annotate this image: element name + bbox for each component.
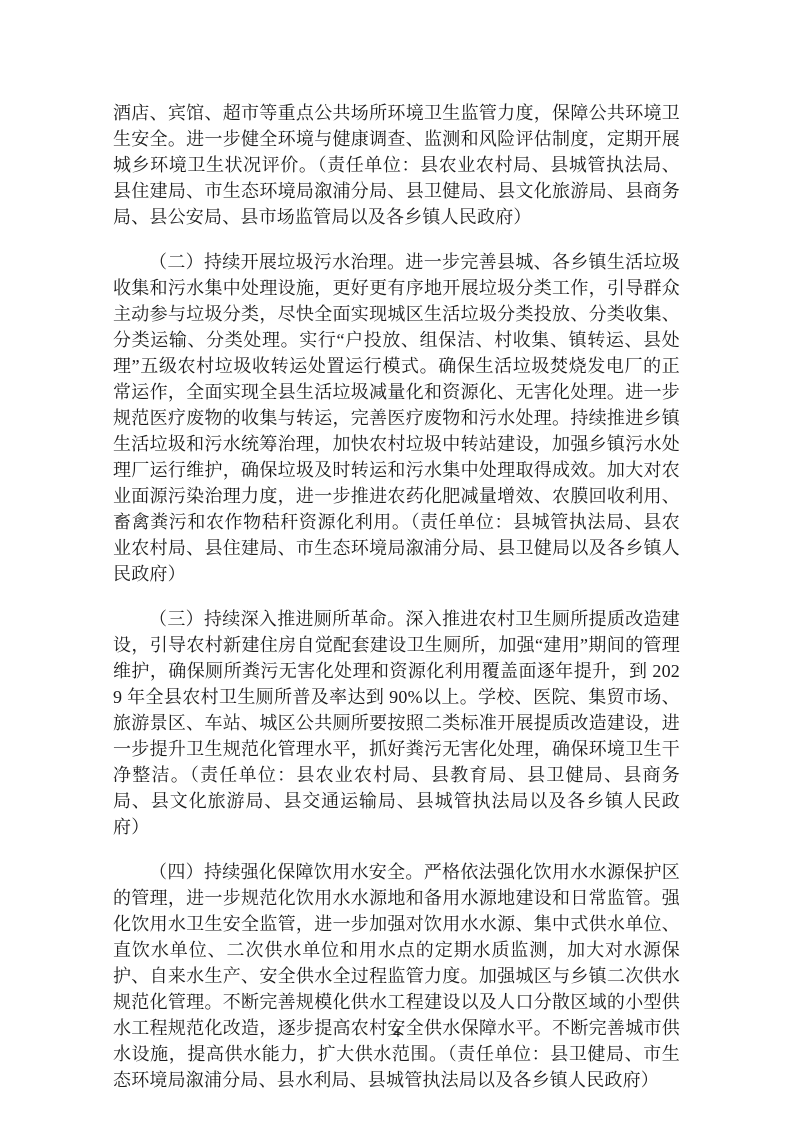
document-body: 酒店、宾馆、超市等重点公共场所环境卫生监管力度，保障公共环境卫生安全。进一步健全… — [113, 100, 680, 1093]
page-number: 4 — [0, 1025, 793, 1043]
paragraph-continuation: 酒店、宾馆、超市等重点公共场所环境卫生监管力度，保障公共环境卫生安全。进一步健全… — [113, 100, 680, 230]
paragraph-section-3: （三）持续深入推进厕所革命。深入推进农村卫生厕所提质改造建设，引导农村新建住房自… — [113, 606, 680, 840]
paragraph-section-4: （四）持续强化保障饮用水安全。严格依法强化饮用水水源保护区的管理，进一步规范化饮… — [113, 859, 680, 1093]
document-page: 酒店、宾馆、超市等重点公共场所环境卫生监管力度，保障公共环境卫生安全。进一步健全… — [0, 0, 793, 1122]
paragraph-section-2: （二）持续开展垃圾污水治理。进一步完善县城、各乡镇生活垃圾收集和污水集中处理设施… — [113, 249, 680, 587]
